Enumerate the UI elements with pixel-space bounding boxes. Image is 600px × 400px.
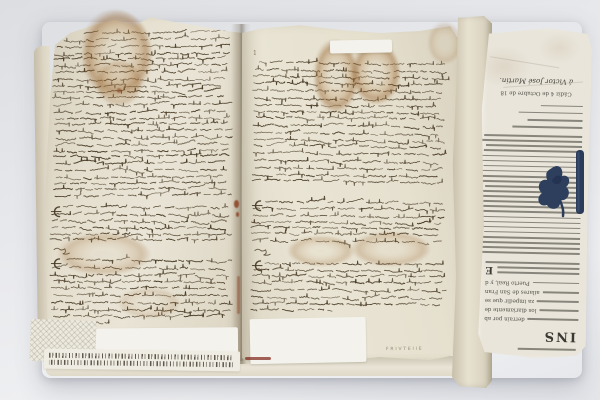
ribbon-highlight xyxy=(578,152,580,212)
printed-paragraph: E xyxy=(485,258,579,275)
printed-line: los diariamente de xyxy=(484,306,578,314)
stain xyxy=(58,233,150,275)
printed-line xyxy=(478,236,580,240)
printed-line xyxy=(497,266,579,269)
printed-line xyxy=(476,246,580,250)
drop-cap: E xyxy=(485,265,493,274)
handwritten-text-block xyxy=(251,259,447,312)
ribbon-and-knot xyxy=(536,146,588,224)
rust-mark xyxy=(236,212,239,217)
stain xyxy=(118,288,180,318)
printed-line xyxy=(540,105,582,108)
stain-drip xyxy=(117,88,121,93)
stain xyxy=(96,60,142,106)
archival-mark: FRIVTEIIE xyxy=(386,347,423,352)
printed-line: ailares de San Fran xyxy=(485,288,579,296)
tape-repair xyxy=(330,39,392,53)
rust-mark xyxy=(234,200,239,208)
stain xyxy=(288,236,354,266)
stain xyxy=(352,232,430,266)
micro-text-strip xyxy=(44,349,240,372)
knot-tail xyxy=(560,200,563,216)
printed-line xyxy=(482,241,580,245)
printed-words: los diariamente de xyxy=(484,306,536,313)
printed-line xyxy=(519,111,583,114)
rust-streak xyxy=(245,357,271,360)
masthead-text: INS xyxy=(478,327,576,344)
printed-words: ailares de San Fran xyxy=(485,288,540,295)
printed-line: za impedir que se xyxy=(485,297,579,305)
photo-background: 1 FRIVTEIIE INS derrain por ab los diari… xyxy=(0,0,600,400)
printed-line xyxy=(486,261,580,265)
printed-line xyxy=(478,139,582,143)
greek-text-block xyxy=(482,100,589,129)
printed-line xyxy=(512,126,582,129)
printed-line xyxy=(527,119,582,122)
printed-line xyxy=(477,251,580,255)
printed-line xyxy=(479,226,581,230)
printed-words: derrain por ab xyxy=(484,315,524,322)
printed-words: Puerto Real, y d xyxy=(485,279,530,286)
printed-line xyxy=(497,272,579,275)
printed-line xyxy=(485,134,583,138)
printed-words: za impedir que se xyxy=(485,297,535,304)
byline: á Victor José Martin. xyxy=(485,76,587,86)
printed-line xyxy=(517,348,575,351)
navy-ribbon xyxy=(576,150,584,214)
micro-text-row xyxy=(49,360,233,368)
dateline: Cádiz 4 de Octubre de 18 xyxy=(487,89,585,97)
printed-line: derrain por ab xyxy=(484,315,578,323)
stain xyxy=(428,22,462,64)
navy-knot xyxy=(538,166,569,209)
printed-line: Puerto Real, y d xyxy=(485,279,579,287)
rust-streak xyxy=(237,276,240,314)
printed-line xyxy=(484,231,580,235)
